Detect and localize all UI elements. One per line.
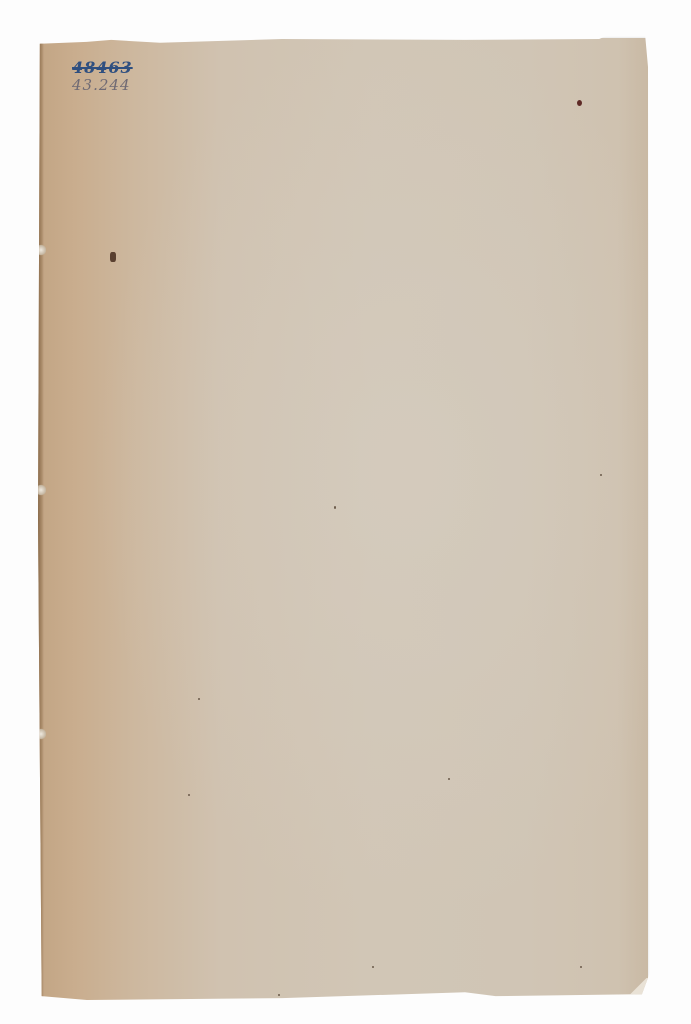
catalog-annotation: 48463 43.244 — [72, 60, 133, 93]
catalog-number-current: 43.244 — [72, 78, 133, 93]
speck — [580, 966, 582, 968]
corner-wear — [622, 978, 648, 1000]
speck — [334, 506, 336, 509]
dark-spot — [110, 252, 116, 262]
stitch-hole — [36, 244, 46, 256]
speck — [600, 474, 602, 476]
speck — [198, 698, 200, 700]
stitch-hole — [36, 728, 46, 740]
book-cover: 48463 43.244 — [38, 38, 648, 1000]
spine-edge — [38, 38, 44, 1000]
speck — [278, 994, 280, 996]
speck — [448, 778, 450, 780]
speck — [188, 794, 190, 796]
speck — [372, 966, 374, 968]
stitch-hole — [36, 484, 46, 496]
ink-spot — [577, 100, 582, 106]
catalog-number-struck: 48463 — [72, 60, 133, 76]
speck — [394, 1002, 395, 1006]
